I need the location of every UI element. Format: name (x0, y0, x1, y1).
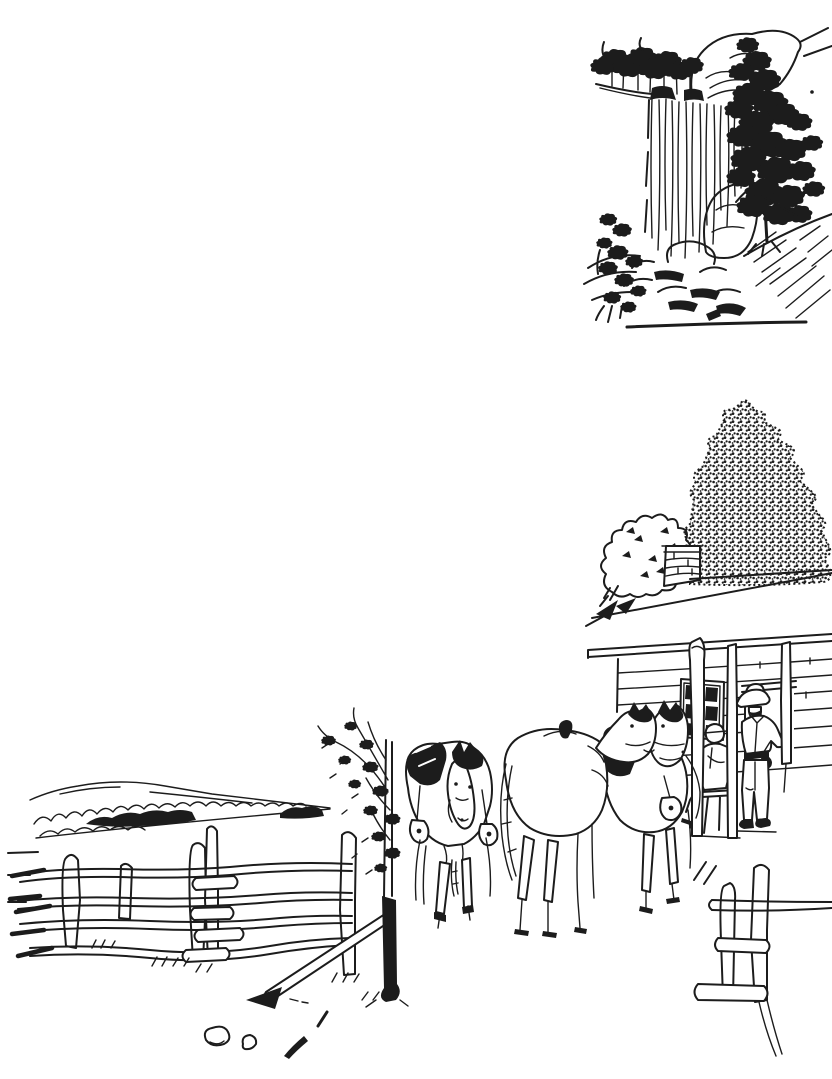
waterfall-scene (584, 28, 832, 327)
horse-left (406, 740, 497, 928)
talus-slope-hatching (744, 214, 832, 318)
chimney (662, 546, 702, 586)
porch-post-front (689, 638, 704, 836)
homestead-scene (406, 400, 832, 938)
brush-tree (318, 708, 408, 1007)
porch-post-middle (727, 644, 737, 838)
fence-post (119, 864, 132, 919)
trail-dashes (284, 1012, 327, 1059)
trail-rocks (205, 1027, 256, 1049)
porch-post-right (781, 642, 791, 764)
big-tree-stippled (684, 400, 830, 585)
foreground-fence (695, 865, 832, 1056)
ground-baseline (627, 322, 806, 327)
fence-post-right (751, 865, 769, 1002)
cliff-top-trees (590, 38, 703, 98)
illustration-page (0, 0, 832, 1079)
arrow-tip (246, 987, 282, 1009)
brush-row (34, 802, 330, 838)
distant-hills (30, 782, 330, 808)
corral-scene (8, 708, 408, 1059)
illustration-canvas (0, 0, 832, 1079)
rail-fence (10, 826, 379, 1000)
brush-left (596, 213, 647, 322)
ground-dashes (694, 862, 716, 884)
